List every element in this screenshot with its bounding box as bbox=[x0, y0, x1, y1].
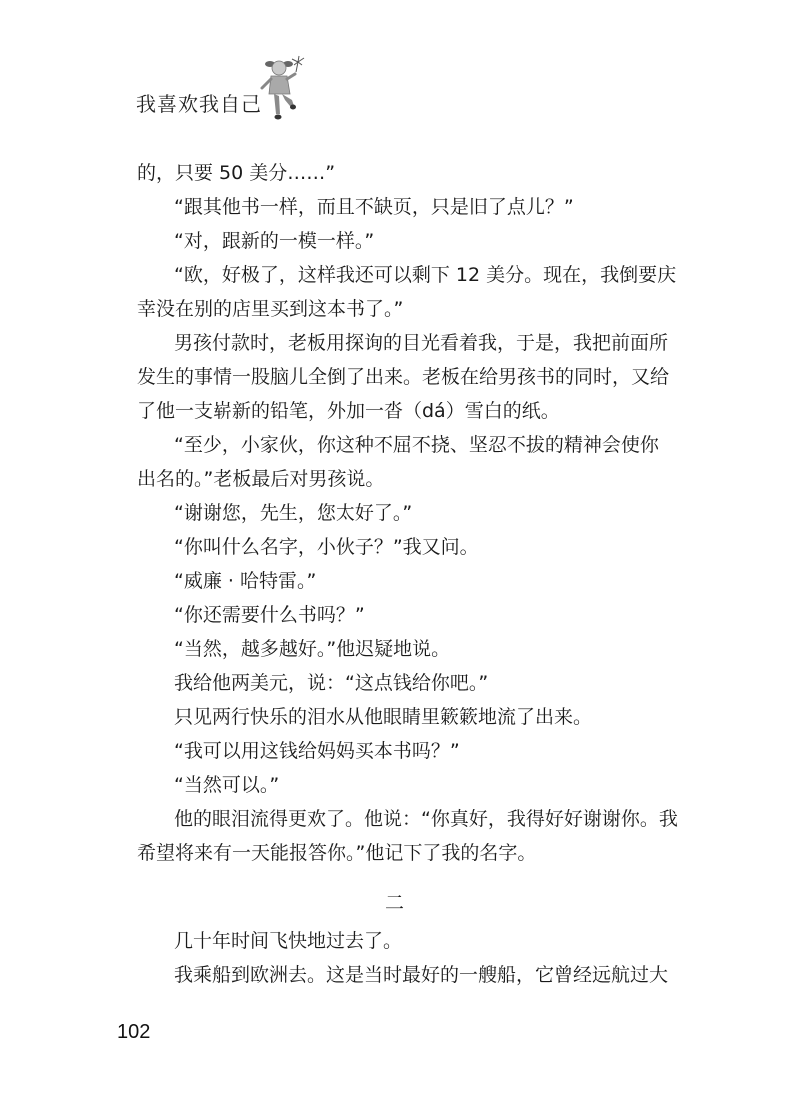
text-line: 幸没在别的店里买到这本书了。” bbox=[137, 292, 657, 326]
running-head: 我喜欢我自己 bbox=[136, 88, 262, 117]
body-text-block-1: 的，只要 50 美分……” “跟其他书一样，而且不缺页，只是旧了点儿？” “对，… bbox=[137, 156, 657, 870]
text-line: “至少，小家伙，你这种不屈不挠、坚忍不拔的精神会使你 bbox=[137, 428, 657, 462]
text-line: “你还需要什么书吗？” bbox=[137, 598, 657, 632]
text-line: “当然，越多越好。”他迟疑地说。 bbox=[137, 632, 657, 666]
text-line: 发生的事情一股脑儿全倒了出来。老板在给男孩书的同时，又给 bbox=[137, 360, 657, 394]
text-line: “谢谢您，先生，您太好了。” bbox=[137, 496, 657, 530]
text-line: “对，跟新的一模一样。” bbox=[137, 224, 657, 258]
text-line: 我乘船到欧洲去。这是当时最好的一艘船，它曾经远航过大 bbox=[137, 958, 657, 992]
text-line: 希望将来有一天能报答你。”他记下了我的名字。 bbox=[137, 836, 657, 870]
text-line: “欧，好极了，这样我还可以剩下 12 美分。现在，我倒要庆 bbox=[137, 258, 657, 292]
text-line: 男孩付款时，老板用探询的目光看着我，于是，我把前面所 bbox=[137, 326, 657, 360]
text-line: 的，只要 50 美分……” bbox=[137, 156, 657, 190]
section-heading: 二 bbox=[385, 888, 404, 918]
text-line: 几十年时间飞快地过去了。 bbox=[137, 924, 657, 958]
text-line: “跟其他书一样，而且不缺页，只是旧了点儿？” bbox=[137, 190, 657, 224]
text-line: 了他一支崭新的铅笔，外加一沓（dá）雪白的纸。 bbox=[137, 394, 657, 428]
text-line: “你叫什么名字，小伙子？”我又问。 bbox=[137, 530, 657, 564]
body-text-block-2: 几十年时间飞快地过去了。 我乘船到欧洲去。这是当时最好的一艘船，它曾经远航过大 bbox=[137, 924, 657, 992]
text-line: 出名的。”老板最后对男孩说。 bbox=[137, 462, 657, 496]
text-line: “威廉 · 哈特雷。” bbox=[137, 564, 657, 598]
page-number: 102 bbox=[117, 1021, 150, 1044]
text-line: “当然可以。” bbox=[137, 768, 657, 802]
text-line: 只见两行快乐的泪水从他眼睛里簌簌地流了出来。 bbox=[137, 700, 657, 734]
text-line: 他的眼泪流得更欢了。他说：“你真好，我得好好谢谢你。我 bbox=[137, 802, 657, 836]
text-line: 我给他两美元，说：“这点钱给你吧。” bbox=[137, 666, 657, 700]
girl-illustration-icon bbox=[252, 54, 312, 128]
text-line: “我可以用这钱给妈妈买本书吗？” bbox=[137, 734, 657, 768]
